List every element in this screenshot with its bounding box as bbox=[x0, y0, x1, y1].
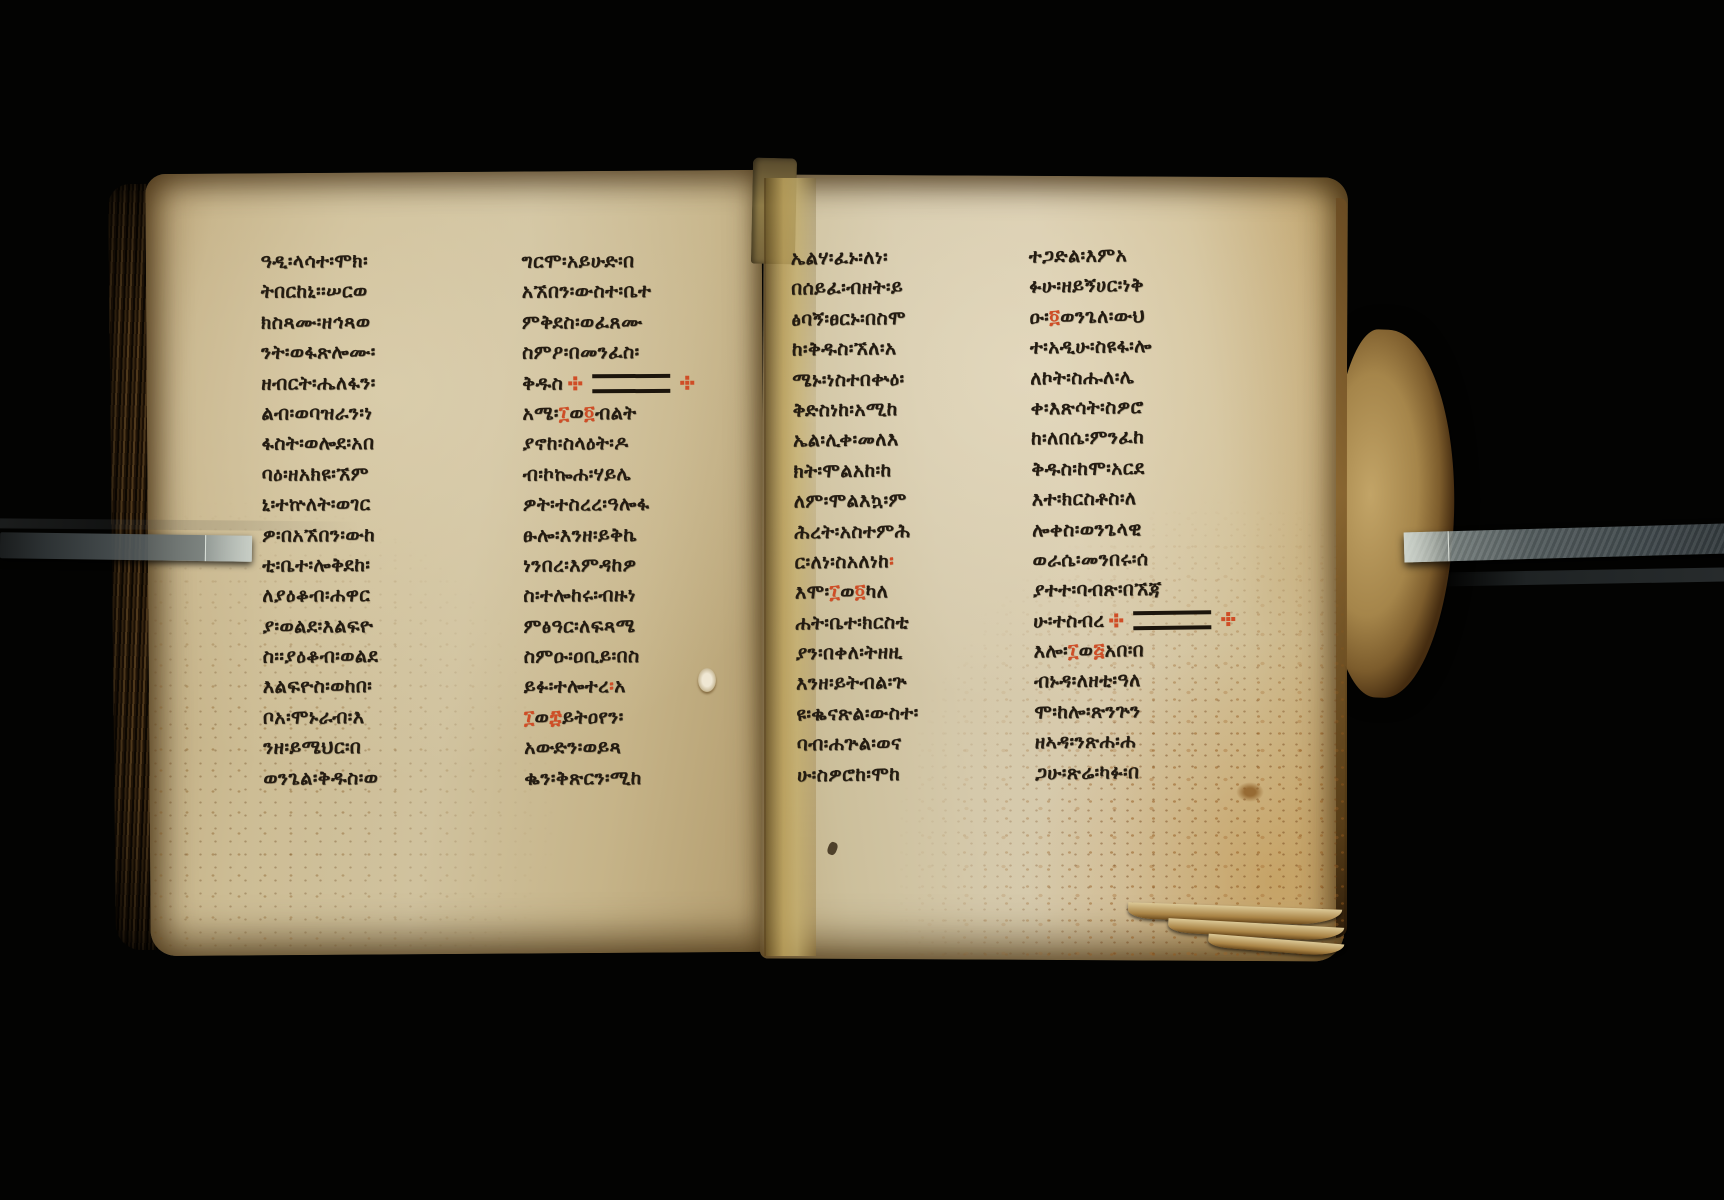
manuscript-line: ባብ፡ሐጕል፡ወና bbox=[797, 731, 1035, 764]
manuscript-line: ለም፡ሞልእኳ፡ም bbox=[794, 488, 1032, 521]
manuscript-line: ቈን፡ቅጽርን፡ሚከ bbox=[524, 766, 774, 798]
rubric-red-text: ፲ bbox=[524, 706, 535, 728]
manuscript-line: ሎቀስ፡ወንጌላዊ bbox=[1032, 516, 1270, 549]
manuscript-line: ሐት፡ቤተ፡ክርስቲ bbox=[795, 609, 1033, 642]
manuscript-line: ስ፡፡ያዕቆብ፡ወልደ bbox=[263, 644, 513, 676]
manuscript-line: ፲ወ፰ይትዐየን፡ bbox=[524, 705, 774, 737]
ink-text: በሰይፈ፡ብዘት፡ይ bbox=[791, 276, 903, 299]
red-cross-ornament-icon bbox=[685, 381, 689, 385]
ink-text: ይትዐየን፡ bbox=[562, 706, 624, 728]
manuscript-line: ያተተ፡ባብጽ፡በኧጃ bbox=[1033, 577, 1271, 610]
ink-text: ግርሞ፡አይሁድ፡በ bbox=[522, 250, 635, 273]
double-rule-ornament bbox=[1133, 610, 1211, 630]
manuscript-line: ፋስት፡ወሎደ፡አበ bbox=[262, 432, 512, 464]
ink-text: ለም፡ሞልእኳ፡ም bbox=[794, 489, 907, 512]
right-page-edge bbox=[1336, 198, 1347, 938]
manuscript-line: ወንጌል፡ቅዱስ፡ወ bbox=[263, 766, 513, 798]
ink-text: ያተተ፡ባብጽ፡በኧጃ bbox=[1033, 578, 1162, 602]
ink-text: ቦአ፡ሞኑራብ፡እ bbox=[263, 706, 365, 729]
double-rule-ornament bbox=[592, 373, 670, 392]
ink-text: ይፉ፡ተሎተረ bbox=[524, 676, 609, 698]
ink-text: ስምዑ፡ዐቢይ፡በስ bbox=[524, 645, 640, 668]
manuscript-line: ያኖከ፡ስላዕት፡ዶ bbox=[523, 432, 773, 464]
manuscript-line: ለያዕቆብ፡ሐዋር bbox=[262, 584, 512, 616]
manuscript-line: ያ፡ወልደ፡እልፍዮ bbox=[262, 614, 512, 646]
ink-text: እሞ፡ bbox=[795, 581, 830, 603]
manuscript-line: አኧበን፡ውስተ፡ቤተ bbox=[522, 280, 772, 312]
ink-text: ያ፡ወልደ፡እልፍዮ bbox=[262, 615, 373, 638]
ink-text: ጋሁ፡ጽሬ፡ካፉ፡በ bbox=[1035, 761, 1140, 784]
ink-text: ፋስት፡ወሎደ፡አበ bbox=[262, 432, 375, 455]
ink-text: ር፡ለነ፡ስአለነከ bbox=[794, 550, 889, 573]
ink-text: አበ፡በ bbox=[1105, 639, 1145, 661]
ink-text: ስምዖ፡በመንፈስ፡ bbox=[522, 341, 640, 364]
ink-text: ወ bbox=[840, 581, 855, 603]
ink-text: ባዕ፡ዘአክዩ፡ኧም bbox=[262, 463, 369, 486]
ink-text: አኧበን፡ውስተ፡ቤተ bbox=[522, 280, 652, 303]
manuscript-line: ወራሴ፡መንበሩ፡ሰ bbox=[1032, 546, 1270, 579]
manuscript-line: ሞ፡ከሎ፡ጽንጕን bbox=[1034, 698, 1272, 731]
rubric-red-text: ፬ bbox=[855, 581, 866, 603]
manuscript-line: ምፅዓር፡ለፍጻሜ bbox=[523, 614, 773, 646]
ink-text: ልብ፡ወባዝራን፡ነ bbox=[261, 402, 372, 425]
ink-text: ሕረት፡አስተምሕ bbox=[794, 520, 911, 543]
ink-text: ያኖከ፡ስላዕት፡ዶ bbox=[523, 432, 629, 455]
ink-text: ዎት፡ተስረረ፡ዓሎፋ bbox=[523, 493, 650, 516]
manuscript-line: እተ፡ክርስቶስ፡ለ bbox=[1032, 486, 1270, 519]
manuscript-line: ንት፡ወፋጽሎሙ፡ bbox=[261, 341, 511, 373]
ink-text: ዘብርት፡ሔለፋን፡ bbox=[261, 372, 376, 395]
ink-text: ሐት፡ቤተ፡ክርስቲ bbox=[795, 611, 909, 634]
manuscript-line: ቅዱስ፡ከሞ፡አርደ bbox=[1031, 455, 1269, 488]
manuscript-line: ክስጻሙ፡ዘኅጻወ bbox=[261, 310, 511, 342]
manuscript-line: ኒ፡ተኵለት፡ወገር bbox=[262, 492, 512, 524]
manuscript-line: ከ፡ቅዱስ፡ኧለ፡አ bbox=[792, 336, 1030, 369]
manuscript-line: ልብ፡ወባዝራን፡ነ bbox=[261, 401, 511, 433]
ink-text: ቈን፡ቅጽርን፡ሚከ bbox=[524, 767, 642, 790]
manuscript-line: ዘብርት፡ሔለፋን፡ bbox=[261, 371, 511, 403]
ink-text: ዑ፡ bbox=[1029, 306, 1049, 328]
glass-weight-right-shadow bbox=[1442, 568, 1724, 587]
ink-text: አ bbox=[614, 676, 626, 698]
ink-text: ሞ፡ከሎ፡ጽንጕን bbox=[1034, 700, 1140, 723]
manuscript-line: ጋሁ፡ጽሬ፡ካፉ፡በ bbox=[1035, 759, 1273, 792]
ink-text: ንት፡ወፋጽሎሙ፡ bbox=[261, 341, 376, 364]
ink-text: ተጋድል፡እምአ bbox=[1029, 244, 1128, 267]
manuscript-line: ንዘ፡ይሜህር፡በ bbox=[263, 736, 513, 768]
ink-text: እሎ፡ bbox=[1033, 640, 1068, 662]
manuscript-line: በሰይፈ፡ብዘት፡ይ bbox=[791, 275, 1029, 308]
ink-text: እተ፡ክርስቶስ፡ለ bbox=[1032, 487, 1137, 510]
manuscript-line: ኤል፡ሊቀ፡መለእ bbox=[793, 427, 1031, 460]
ink-text: ፅባኝ፡ፀርኑ፡በስሞ bbox=[791, 307, 906, 330]
ink-text: ሜኑ፡ነስተበቍዕ፡ bbox=[792, 368, 905, 391]
ink-text: ትበርከኒ፡፡ሠርወ bbox=[261, 280, 368, 303]
ink-text: ሁ፡ተስብረ bbox=[1033, 609, 1104, 632]
ink-text: ለያዕቆብ፡ሐዋር bbox=[262, 584, 370, 607]
ink-text: ንዘ፡ይሜህር፡በ bbox=[263, 736, 361, 759]
ink-text: ከ፡ለበሴ፡ምንፈከ bbox=[1031, 426, 1144, 449]
manuscript-line: ለኮት፡ስሑለ፡ሌ bbox=[1030, 364, 1268, 397]
manuscript-line: እንዘ፡ይትብል፡ጕ bbox=[796, 670, 1034, 703]
manuscript-line: ተ፡አዲሁ፡ስዩፋ፡ሎ bbox=[1030, 334, 1268, 367]
ink-text: አውድን፡ወይጻ bbox=[524, 736, 621, 759]
manuscript-line: ግርሞ፡አይሁድ፡በ bbox=[522, 249, 772, 281]
text-column-right-1: ኤልሃ፡ፈኑ፡ለነ፡በሰይፈ፡ብዘት፡ይፅባኝ፡ፀርኑ፡በስሞከ፡ቅዱስ፡ኧለ፡… bbox=[791, 245, 1036, 795]
ink-text: ኤልሃ፡ፈኑ፡ለነ፡ bbox=[791, 246, 888, 269]
manuscript-line: ከ፡ለበሴ፡ምንፈከ bbox=[1031, 425, 1269, 458]
ink-text: ብ፡ኮኰሐ፡ሃይሌ bbox=[523, 463, 631, 486]
ink-text: ወንጌለ፡ውህ bbox=[1060, 305, 1145, 328]
ink-text: ብልት bbox=[595, 402, 637, 424]
rubric-red-text: ፭ bbox=[1093, 640, 1105, 662]
red-cross-ornament-icon bbox=[1114, 619, 1118, 623]
manuscript-line: ስምዖ፡በመንፈስ፡ bbox=[522, 341, 772, 373]
manuscript-line: ዩ፡ቈናጽል፡ውስተ፡ bbox=[796, 700, 1034, 733]
manuscript-line: ሜኑ፡ነስተበቍዕ፡ bbox=[792, 366, 1030, 399]
manuscript-line: ዑ፡፬ወንጌለ፡ውህ bbox=[1029, 303, 1267, 336]
text-column-right-2: ተጋድል፡እምአፉሁ፡ዘይኝሀር፡ነቅዑ፡፬ወንጌለ፡ውህተ፡አዲሁ፡ስዩፋ፡ሎ… bbox=[1029, 243, 1274, 793]
ink-text: እንዘ፡ይትብል፡ጕ bbox=[796, 672, 907, 695]
manuscript-line: ቅድስነከ፡አሚከ bbox=[793, 397, 1031, 430]
rubric-red-text: ፲ bbox=[1068, 640, 1079, 662]
ink-text: ኒ፡ተኵለት፡ወገር bbox=[262, 493, 371, 516]
rubric-red-text: ፡ bbox=[889, 550, 894, 572]
ink-text: ወራሴ፡መንበሩ፡ሰ bbox=[1032, 548, 1148, 571]
ink-text: አሜ፡ bbox=[522, 402, 559, 424]
ink-text: እልፍዮስ፡ወከበ፡ bbox=[263, 676, 373, 699]
manuscript-line: ስምዑ፡ዐቢይ፡በስ bbox=[524, 644, 774, 676]
manuscript-line: ሁ፡ተስብረ bbox=[1033, 607, 1271, 640]
manuscript-line: ሁ፡ስዎሮከ፡ሞከ bbox=[797, 761, 1035, 794]
red-cross-ornament-icon bbox=[573, 381, 577, 385]
ink-text: ምቅደስ፡ወፈጸሙ bbox=[522, 311, 643, 334]
manuscript-line: እሎ፡፲ወ፭አበ፡በ bbox=[1033, 638, 1271, 671]
manuscript-line: ቲ፡ቤተ፡ሎቅደከ፡ bbox=[262, 553, 512, 585]
rubric-red-text: ፲ bbox=[829, 581, 840, 603]
ink-text: ምፅዓር፡ለፍጻሜ bbox=[523, 615, 635, 638]
manuscript-line: ነንበረ፡እምዳከዎ bbox=[523, 553, 773, 585]
ink-text: ስ፡ተሎከሩ፡ብዙነ bbox=[523, 584, 636, 607]
manuscript-line: ብ፡ኮኰሐ፡ሃይሌ bbox=[523, 462, 773, 494]
rubric-red-text: ፰ bbox=[549, 706, 562, 728]
ink-text: ሎቀስ፡ወንጌላዊ bbox=[1032, 518, 1142, 541]
manuscript-line: አሜ፡፲ወ፬ብልት bbox=[522, 401, 772, 433]
ink-text: ያን፡በቀለ፡ትዘዚ bbox=[795, 641, 902, 664]
ink-text: ስ፡፡ያዕቆብ፡ወልደ bbox=[263, 645, 379, 668]
ink-text: ቅድስነከ፡አሚከ bbox=[793, 398, 898, 421]
manuscript-line: ቅዱስ bbox=[522, 371, 772, 403]
manuscript-line: ር፡ለነ፡ስአለነከ፡ bbox=[794, 548, 1032, 581]
manuscript-line: ዎት፡ተስረረ፡ዓሎፋ bbox=[523, 492, 773, 524]
ink-text: ተ፡አዲሁ፡ስዩፋ፡ሎ bbox=[1030, 335, 1152, 358]
manuscript-line: ፅባኝ፡ፀርኑ፡በስሞ bbox=[791, 305, 1029, 338]
ink-text: ዓዲ፡ላሳተ፡ሞክ፡ bbox=[261, 250, 369, 273]
ink-text: ቅዱስ bbox=[522, 372, 563, 394]
manuscript-line: ፁሎ፡እንዘ፡ይቅኬ bbox=[523, 523, 773, 555]
manuscript-line: ቦአ፡ሞኑራብ፡እ bbox=[263, 705, 513, 737]
ink-text: ኤል፡ሊቀ፡መለእ bbox=[793, 429, 899, 452]
ink-text: ለኮት፡ስሑለ፡ሌ bbox=[1030, 366, 1134, 389]
ink-text: ብኑዳ፡ለዘቲ፡ዓለ bbox=[1034, 670, 1141, 693]
ink-text: ቅዱስ፡ከሞ፡አርደ bbox=[1031, 457, 1145, 480]
manuscript-line: ዓዲ፡ላሳተ፡ሞክ፡ bbox=[261, 249, 511, 281]
photo-stage: ዓዲ፡ላሳተ፡ሞክ፡ትበርከኒ፡፡ሠርወክስጻሙ፡ዘኅጻወንት፡ወፋጽሎሙ፡ዘብ… bbox=[0, 0, 1724, 1200]
red-cross-ornament-icon bbox=[1226, 617, 1230, 621]
ink-text: ወንጌል፡ቅዱስ፡ወ bbox=[263, 767, 378, 790]
ink-text: ቀ፡እጽሳት፡ስዎሮ bbox=[1031, 396, 1144, 419]
manuscript-line: እልፍዮስ፡ወከበ፡ bbox=[263, 675, 513, 707]
ink-text: ቲ፡ቤተ፡ሎቅደከ፡ bbox=[262, 554, 370, 577]
ink-text: ዩ፡ቈናጽል፡ውስተ፡ bbox=[796, 702, 919, 725]
manuscript-line: አውድን፡ወይጻ bbox=[524, 736, 774, 768]
manuscript-line: ምቅደስ፡ወፈጸሙ bbox=[522, 310, 772, 342]
ink-text: ወ bbox=[569, 402, 584, 424]
manuscript-line: ያን፡በቀለ፡ትዘዚ bbox=[795, 640, 1033, 673]
ink-text: ከ፡ቅዱስ፡ኧለ፡አ bbox=[792, 337, 897, 360]
manuscript-line: ኤልሃ፡ፈኑ፡ለነ፡ bbox=[791, 245, 1029, 278]
manuscript-line: ባዕ፡ዘአክዩ፡ኧም bbox=[262, 462, 512, 494]
ink-text: ክት፡ሞልአከ፡ከ bbox=[793, 459, 891, 482]
glass-weight-left-shadow bbox=[0, 518, 360, 531]
ink-text: ሁ፡ስዎሮከ፡ሞከ bbox=[797, 763, 900, 786]
ink-text: ክስጻሙ፡ዘኅጻወ bbox=[261, 311, 371, 334]
manuscript-line: እሞ፡፲ወ፬ካለ bbox=[795, 579, 1033, 612]
ink-text: ፉሁ፡ዘይኝሀር፡ነቅ bbox=[1029, 274, 1144, 297]
manuscript-line: ክት፡ሞልአከ፡ከ bbox=[793, 457, 1031, 490]
manuscript-line: ይፉ፡ተሎተረ፡አ bbox=[524, 675, 774, 707]
rubric-red-text: ፬ bbox=[584, 402, 595, 424]
glass-weight-left bbox=[0, 532, 252, 562]
manuscript-line: ተጋድል፡እምአ bbox=[1029, 243, 1267, 276]
ink-text: ወ bbox=[535, 706, 550, 728]
manuscript-line: ፉሁ፡ዘይኝሀር፡ነቅ bbox=[1029, 273, 1267, 306]
ink-text: ነንበረ፡እምዳከዎ bbox=[523, 554, 636, 577]
manuscript-line: ስ፡ተሎከሩ፡ብዙነ bbox=[523, 584, 773, 616]
ink-text: ወ bbox=[1079, 640, 1094, 662]
ink-text: ፁሎ፡እንዘ፡ይቅኬ bbox=[523, 524, 637, 547]
text-column-left-2: ግርሞ፡አይሁድ፡በአኧበን፡ውስተ፡ቤተምቅደስ፡ወፈጸሙስምዖ፡በመንፈስ፡… bbox=[522, 249, 775, 797]
rubric-red-text: ፬ bbox=[1049, 306, 1060, 328]
manuscript-line: ትበርከኒ፡፡ሠርወ bbox=[261, 280, 511, 312]
ink-text: ካለ bbox=[866, 581, 889, 603]
manuscript-line: ቀ፡እጽሳት፡ስዎሮ bbox=[1031, 395, 1269, 428]
manuscript-line: ብኑዳ፡ለዘቲ፡ዓለ bbox=[1034, 668, 1272, 701]
manuscript-line: ሕረት፡አስተምሕ bbox=[794, 518, 1032, 551]
ink-text: ባብ፡ሐጕል፡ወና bbox=[797, 732, 902, 755]
rubric-red-text: ፲ bbox=[559, 402, 570, 424]
manuscript-line: ዘኣዳ፡ንጽሐ፡ሐ bbox=[1035, 729, 1273, 762]
ink-text: ዘኣዳ፡ንጽሐ፡ሐ bbox=[1035, 730, 1136, 753]
